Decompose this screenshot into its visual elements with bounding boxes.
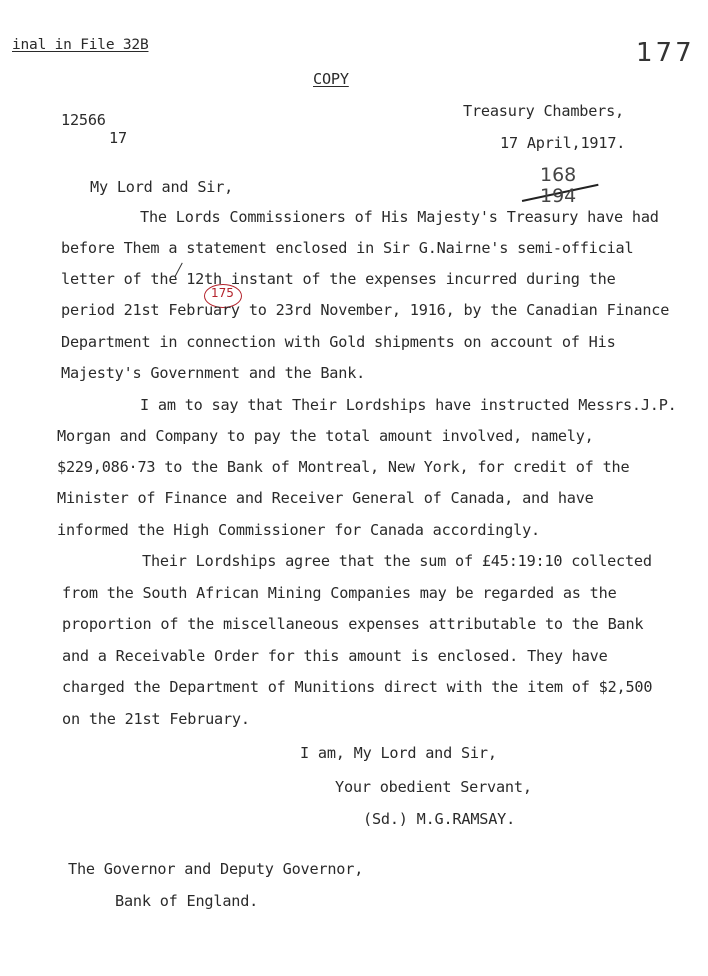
body-line: The Lords Commissioners of His Majesty's…: [140, 210, 659, 225]
sender-address: Treasury Chambers,: [463, 104, 624, 119]
body-line: I am to say that Their Lordships have in…: [140, 398, 677, 413]
salutation: My Lord and Sir,: [90, 180, 233, 195]
body-line: Majesty's Government and the Bank.: [61, 366, 365, 381]
handwritten-numerator: 168: [540, 164, 576, 186]
reference-sub: 17: [109, 131, 127, 146]
addressee-line2: Bank of England.: [115, 894, 258, 909]
closing: I am, My Lord and Sir,: [300, 746, 497, 761]
handwritten-denominator: 194: [540, 185, 576, 207]
closing-servant: Your obedient Servant,: [335, 780, 532, 795]
body-line: proportion of the miscellaneous expenses…: [62, 617, 643, 632]
body-line: from the South African Mining Companies …: [62, 586, 617, 601]
body-line: before Them a statement enclosed in Sir …: [61, 241, 633, 256]
body-line: period 21st February to 23rd November, 1…: [61, 303, 669, 318]
body-line: Morgan and Company to pay the total amou…: [57, 429, 594, 444]
body-line: informed the High Commissioner for Canad…: [57, 523, 540, 538]
reference-number: 12566: [61, 113, 106, 128]
body-line: Their Lordships agree that the sum of £4…: [142, 554, 652, 569]
addressee-line1: The Governor and Deputy Governor,: [68, 862, 363, 877]
body-line: Department in connection with Gold shipm…: [61, 335, 616, 350]
body-line: on the 21st February.: [62, 712, 250, 727]
page-number: 177: [636, 38, 695, 68]
signature: (Sd.) M.G.RAMSAY.: [363, 812, 515, 827]
body-line: Minister of Finance and Receiver General…: [57, 491, 594, 506]
body-line: letter of the 12th instant of the expens…: [61, 272, 616, 287]
file-note: inal in File 32B: [12, 38, 148, 53]
letter-date: 17 April,1917.: [500, 136, 625, 151]
body-line: and a Receivable Order for this amount i…: [62, 649, 608, 664]
body-line: $229,086·73 to the Bank of Montreal, New…: [57, 460, 629, 475]
copy-label: COPY: [313, 72, 349, 87]
body-line: charged the Department of Munitions dire…: [62, 680, 652, 695]
handwritten-circled-number: 175: [211, 286, 234, 300]
